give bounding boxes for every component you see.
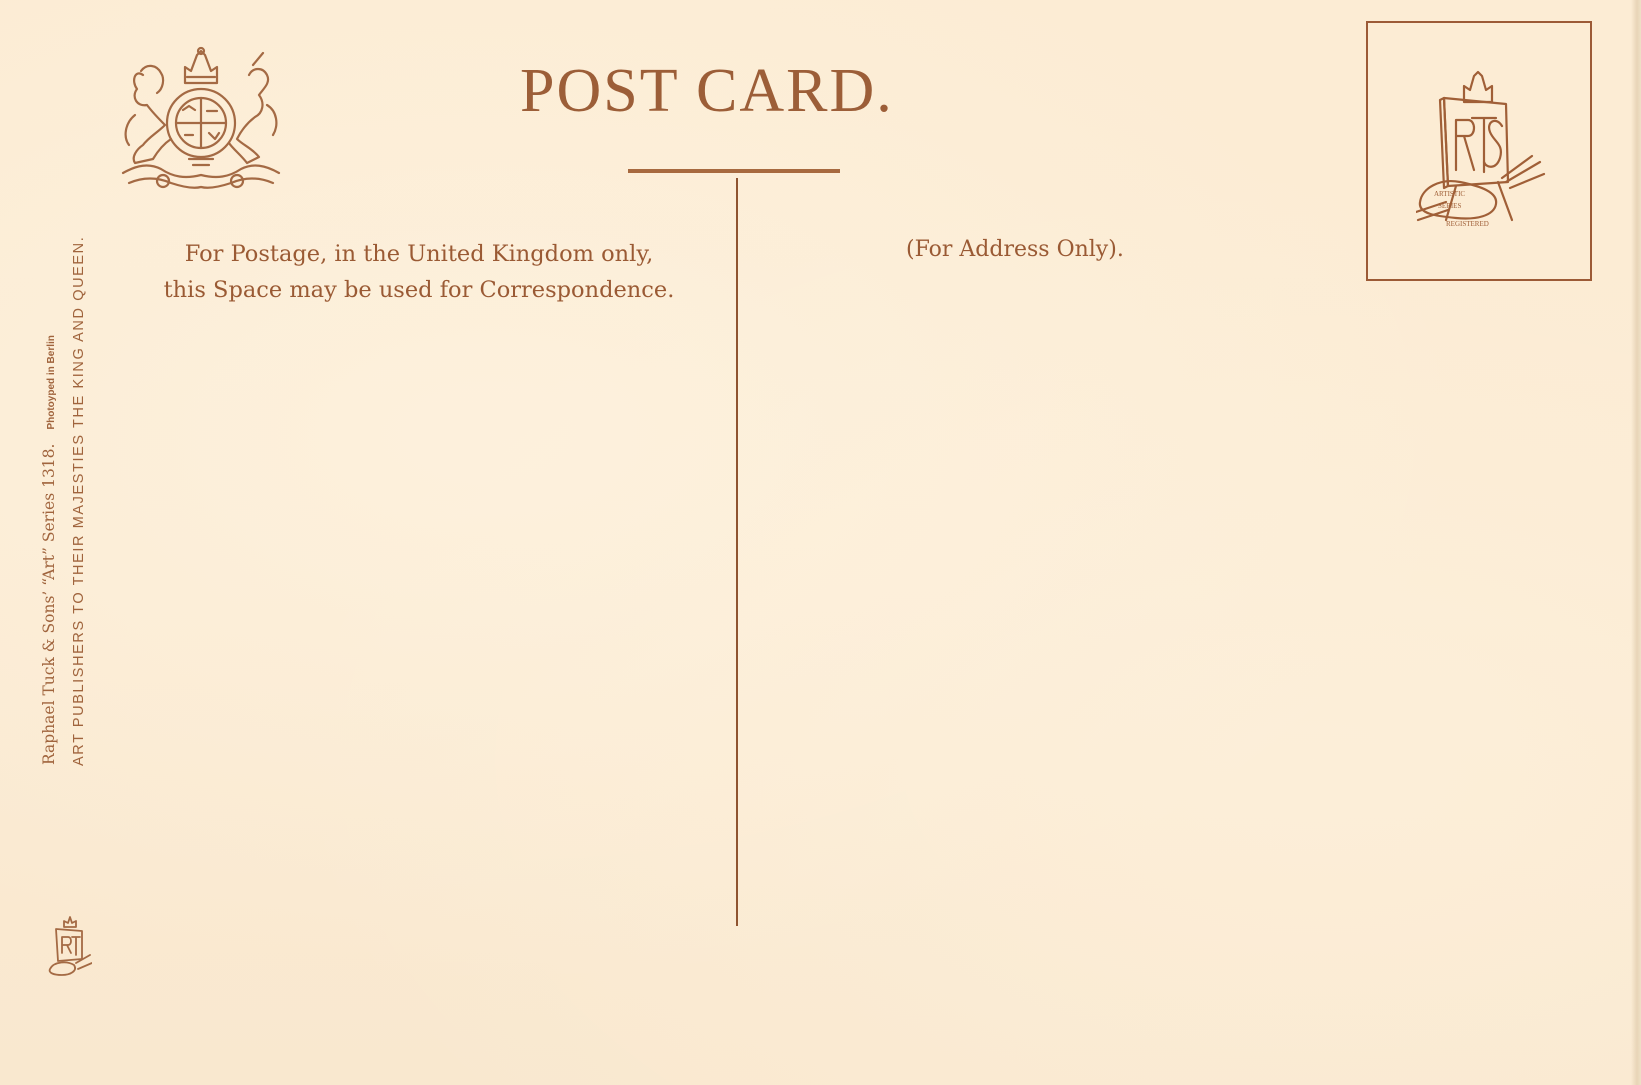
postcard-title: POST CARD. (520, 60, 894, 122)
logo-text-registered: REGISTERED (1446, 220, 1489, 228)
postcard-back: POST CARD. For Postage, in the United Ki… (0, 0, 1641, 1085)
publisher-printed-in: Photoyped in Berlin (46, 335, 57, 429)
vertical-divider-line (736, 178, 738, 926)
correspondence-note-line2: this Space may be used for Correspondenc… (114, 272, 724, 308)
publisher-royal-warrant-text: ART PUBLISHERS TO THEIR MAJESTIES THE KI… (70, 236, 88, 766)
logo-text-series: SERIES (1438, 202, 1461, 210)
paper-right-edge (1631, 0, 1641, 1085)
publisher-series-main: Raphael Tuck & Sons’ “Art” Series 1318. (40, 444, 58, 765)
easel-palette-logo-icon: ARTISTIC SERIES REGISTERED (1416, 70, 1546, 230)
easel-small-logo-icon (48, 915, 92, 977)
logo-text-artistic: ARTISTIC (1434, 190, 1465, 198)
title-divider-bar (628, 169, 840, 173)
correspondence-note-line1: For Postage, in the United Kingdom only, (114, 236, 724, 272)
coat-of-arms-icon (113, 45, 288, 197)
address-note: (For Address Only). (906, 236, 1124, 264)
correspondence-note: For Postage, in the United Kingdom only,… (114, 236, 724, 308)
publisher-series-text: Raphael Tuck & Sons’ “Art” Series 1318.P… (40, 335, 61, 765)
